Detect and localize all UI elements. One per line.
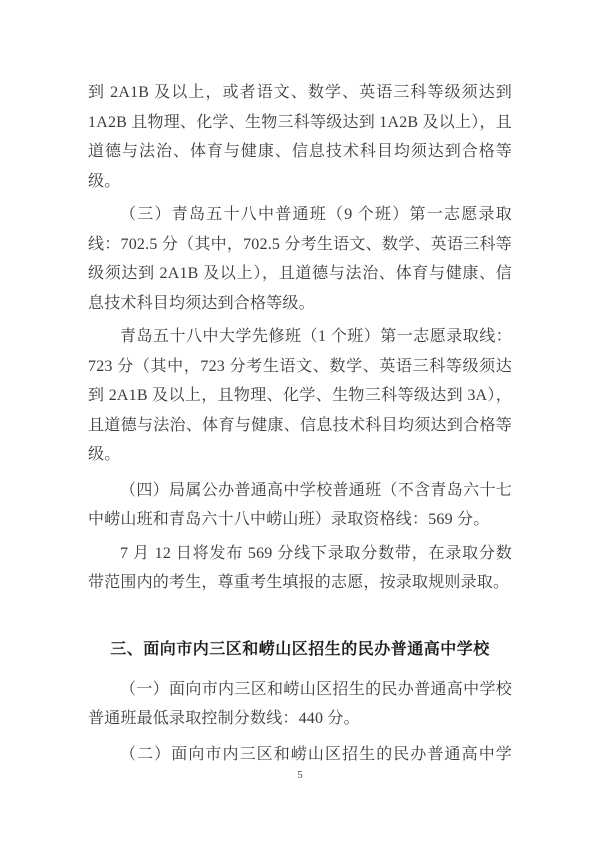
section-heading-private-high-schools: 三、面向市内三区和崂山区招生的民办普通高中学校 [88,635,512,665]
paragraph-no58-ap-class-line: 青岛五十八中大学先修班（1 个班）第一志愿录取线：723 分（其中，723 分考… [88,322,512,470]
paragraph-no58-regular-class-line: （三）青岛五十八中普通班（9 个班）第一志愿录取线：702.5 分（其中，702… [88,200,512,318]
paragraph-private-school-minimum-line: （一）面向市内三区和崂山区招生的民办普通高中学校普通班最低录取控制分数线：440… [88,675,512,734]
paragraph-public-school-qualification-line: （四）局属公办普通高中学校普通班（不含青岛六十七中崂山班和青岛六十八中崂山班）录… [88,476,512,535]
paragraph-score-band-announcement: 7 月 12 日将发布 569 分线下录取分数带，在录取分数带范围内的考生，尊重… [88,539,512,598]
page-number: 5 [0,769,600,781]
paragraph-grade-requirements-continued: 到 2A1B 及以上，或者语文、数学、英语三科等级须达到 1A2B 且物理、化学… [88,78,512,196]
document-page: 到 2A1B 及以上，或者语文、数学、英语三科等级须达到 1A2B 且物理、化学… [0,0,600,848]
text-block: 到 2A1B 及以上，或者语文、数学、英语三科等级须达到 1A2B 且物理、化学… [88,78,512,773]
paragraph-private-school-item-two: （二）面向市内三区和崂山区招生的民办普通高中学 [88,740,512,770]
